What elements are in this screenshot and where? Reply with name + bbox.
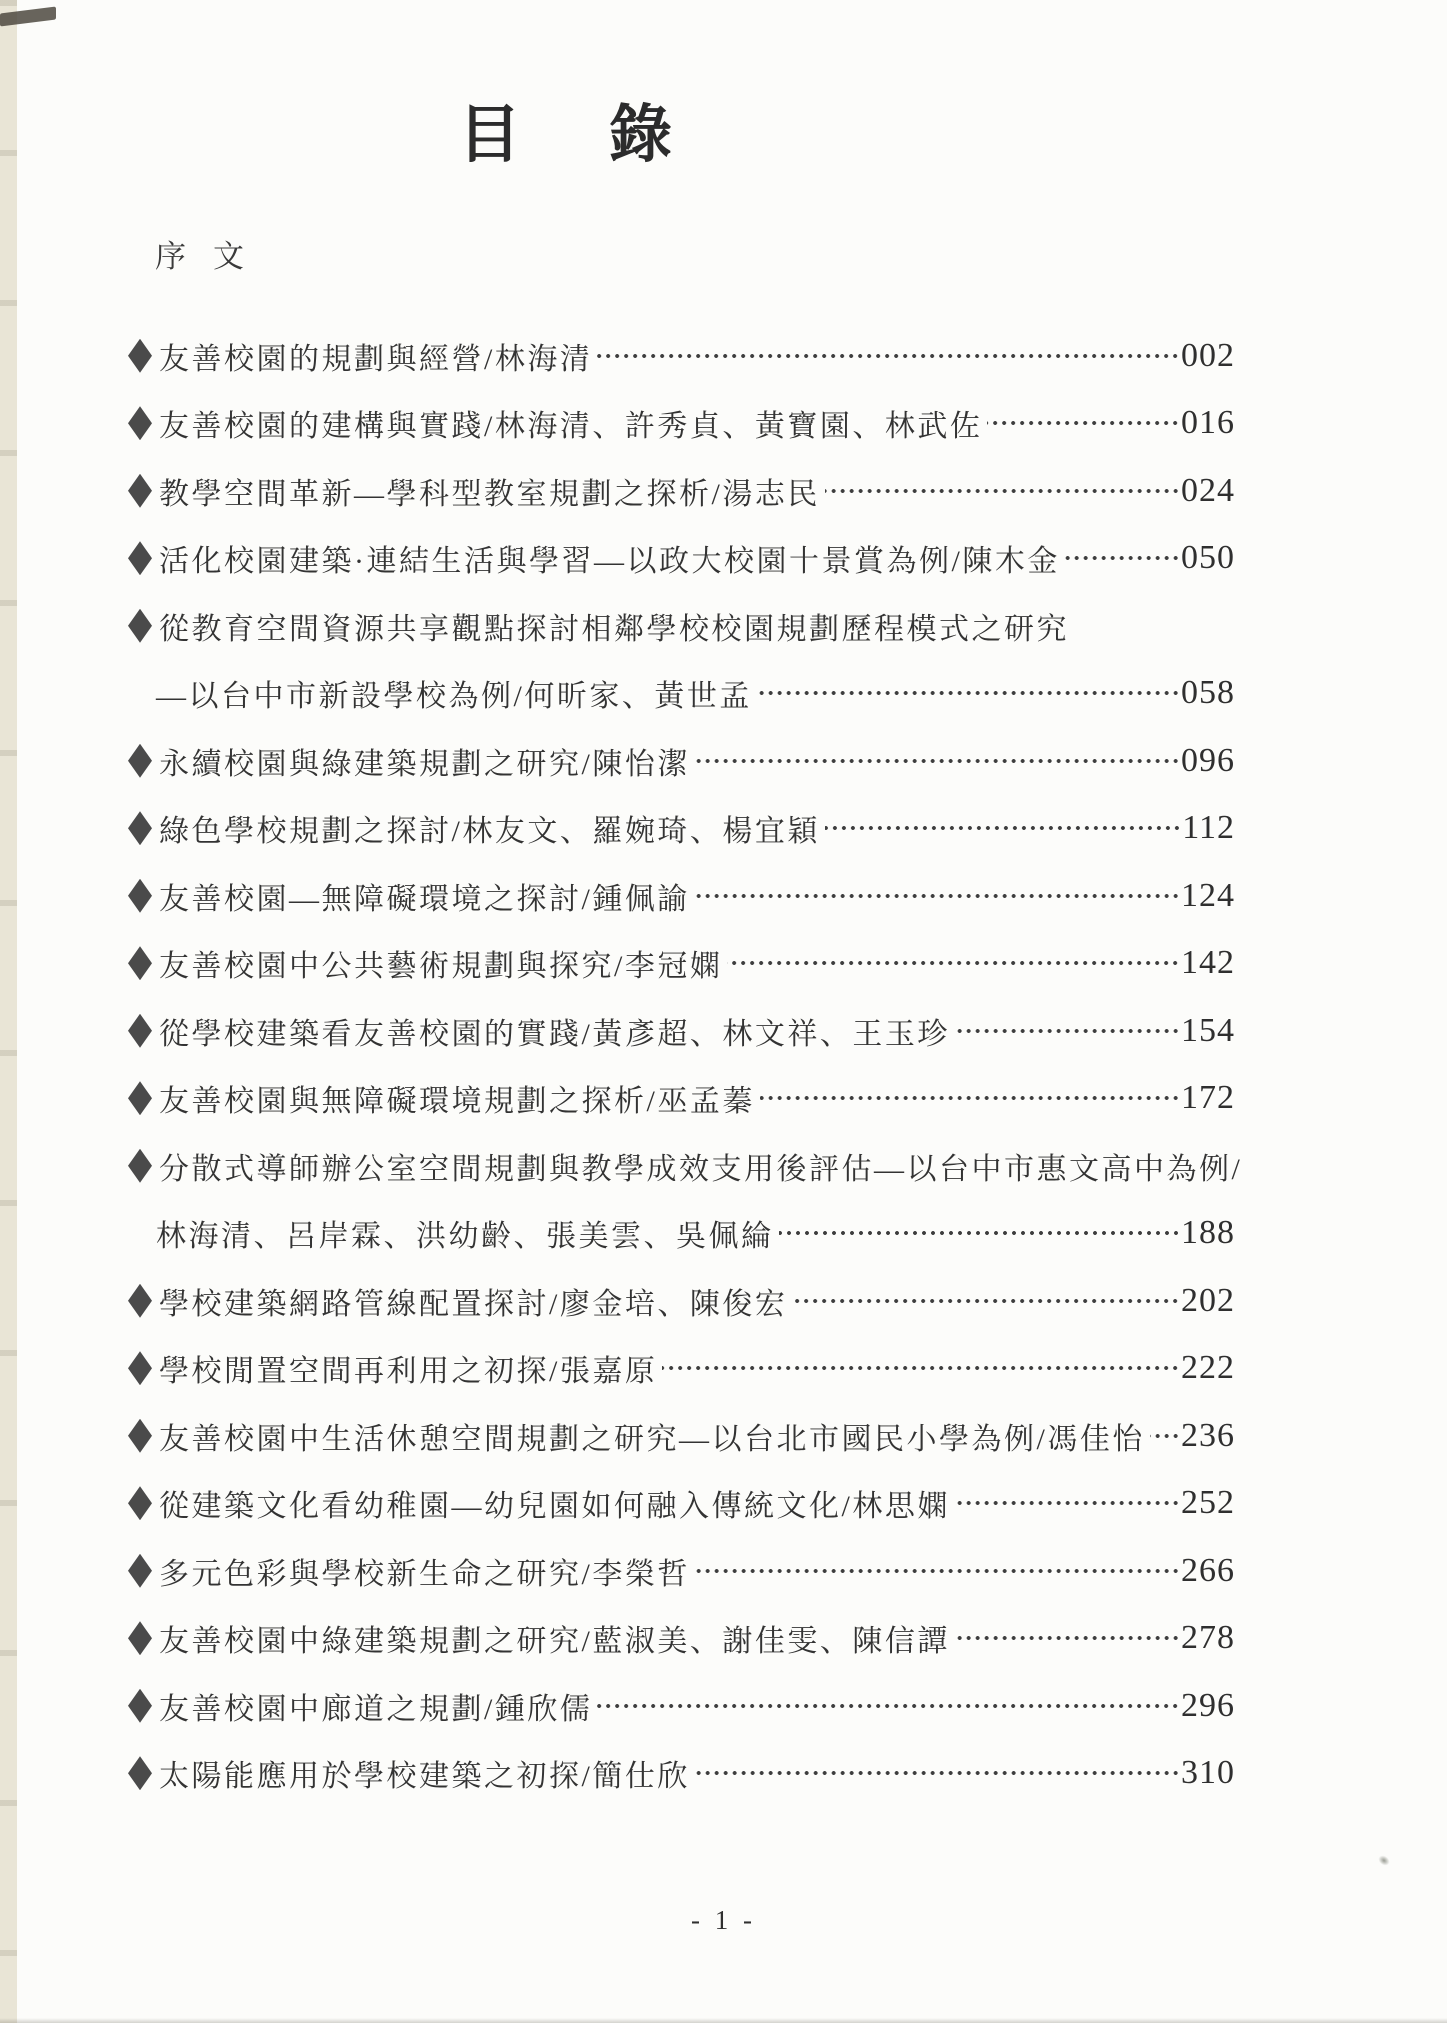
diamond-bullet-icon: [128, 811, 152, 845]
toc-entry-line: 友善校園中綠建築規劃之研究/藍淑美、謝佳雯、陳信譚 278: [128, 1605, 1235, 1673]
entry-title: 學校閒置空間再利用之初探/張嘉原: [159, 1346, 657, 1390]
entry-title: 從建築文化看幼稚園—幼兒園如何融入傳統文化/林思嫻: [159, 1481, 950, 1525]
toc-entry-line: 友善校園中生活休憩空間規劃之研究—以台北市國民小學為例/馮佳怡 236: [128, 1402, 1235, 1470]
entry-title: 從學校建築看友善校園的實踐/黃彥超、林文祥、王玉珍: [159, 1009, 950, 1053]
entry-page-number: 252: [1181, 1484, 1235, 1522]
entry-page-number: 154: [1181, 1012, 1235, 1050]
scan-edge-left: [0, 0, 17, 2023]
diamond-bullet-icon: [128, 744, 152, 778]
diamond-bullet-icon: [128, 1351, 152, 1385]
toc-entry: 友善校園中生活休憩空間規劃之研究—以台北市國民小學為例/馮佳怡 236: [128, 1402, 1235, 1470]
entry-page-number: 296: [1181, 1687, 1235, 1725]
toc-entry-line: 學校閒置空間再利用之初探/張嘉原 222: [128, 1335, 1235, 1403]
toc-entry-line: 友善校園的規劃與經營/林海清 002: [128, 322, 1235, 390]
dot-leader: [1150, 1433, 1180, 1439]
diamond-bullet-icon: [128, 1621, 152, 1655]
diamond-bullet-icon: [128, 1014, 152, 1048]
toc-entry-line: 活化校園建築·連結生活與學習—以政大校園十景賞為例/陳木金 050: [128, 525, 1235, 593]
toc-entry: 太陽能應用於學校建築之初探/簡仕欣 310: [128, 1740, 1235, 1808]
dot-leader: [987, 420, 1180, 426]
dot-leader: [695, 1568, 1180, 1574]
toc-entry: 從教育空間資源共享觀點探討相鄰學校校園規劃歷程模式之研究 —以台中市新設學校為例…: [128, 592, 1235, 727]
dot-leader: [727, 960, 1180, 966]
toc-entry: 綠色學校規劃之探討/林友文、羅婉琦、楊宜穎 112: [128, 795, 1235, 863]
entry-title: 分散式導師辦公室空間規劃與教學成效支用後評估—以台中市惠文高中為例/: [159, 1144, 1242, 1188]
diamond-bullet-icon: [128, 1419, 152, 1453]
entry-page-number: 124: [1181, 877, 1235, 915]
diamond-bullet-icon: [128, 879, 152, 913]
diamond-bullet-icon: [128, 1554, 152, 1588]
toc-entry-line: 太陽能應用於學校建築之初探/簡仕欣 310: [128, 1740, 1235, 1808]
toc-entry-line: 多元色彩與學校新生命之研究/李榮哲 266: [128, 1537, 1235, 1605]
diamond-bullet-icon: [128, 609, 152, 643]
dot-leader: [955, 1028, 1180, 1034]
dot-leader: [695, 893, 1180, 899]
entry-page-number: 202: [1181, 1282, 1235, 1320]
toc-entry: 友善校園與無障礙環境規劃之探析/巫孟蓁 172: [128, 1065, 1235, 1133]
toc-entry: 多元色彩與學校新生命之研究/李榮哲 266: [128, 1537, 1235, 1605]
dot-leader: [779, 1230, 1181, 1236]
dot-leader: [825, 825, 1181, 831]
page-title: 目錄: [0, 0, 1130, 175]
entry-title: 學校建築網路管線配置探討/廖金培、陳俊宏: [159, 1279, 787, 1323]
entry-page-number: 024: [1181, 472, 1235, 510]
diamond-bullet-icon: [128, 541, 152, 575]
entry-title: 綠色學校規劃之探討/林友文、羅婉琦、楊宜穎: [159, 806, 820, 850]
toc-entry-line: 友善校園—無障礙環境之探討/鍾佩諭 124: [128, 862, 1235, 930]
entry-page-number: 142: [1181, 944, 1235, 982]
scan-speck: [1377, 1853, 1392, 1867]
toc-entry-line: 分散式導師辦公室空間規劃與教學成效支用後評估—以台中市惠文高中為例/: [128, 1132, 1235, 1200]
toc-entry-line: 從建築文化看幼稚園—幼兒園如何融入傳統文化/林思嫻 252: [128, 1470, 1235, 1538]
entry-page-number: 112: [1182, 809, 1235, 847]
entry-page-number: 096: [1181, 742, 1235, 780]
toc-entry-line: 從學校建築看友善校園的實踐/黃彥超、林文祥、王玉珍 154: [128, 997, 1235, 1065]
toc-entry: 友善校園—無障礙環境之探討/鍾佩諭 124: [128, 862, 1235, 930]
entry-page-number: 016: [1181, 404, 1235, 442]
entry-page-number: 222: [1181, 1349, 1235, 1387]
entry-title: 永續校園與綠建築規劃之研究/陳怡潔: [159, 739, 690, 783]
entry-title: 友善校園中綠建築規劃之研究/藍淑美、謝佳雯、陳信譚: [159, 1616, 950, 1660]
toc-entry-line-continued: 林海清、呂岸霖、洪幼齡、張美雲、吳佩綸 188: [128, 1200, 1235, 1268]
toc-entry: 從學校建築看友善校園的實踐/黃彥超、林文祥、王玉珍 154: [128, 997, 1235, 1065]
dot-leader: [1065, 555, 1180, 561]
entry-page-number: 058: [1181, 674, 1235, 712]
entry-title: 教學空間革新—學科型教室規劃之探析/湯志民: [159, 469, 820, 513]
toc-entry: 友善校園中廊道之規劃/鍾欣儒 296: [128, 1672, 1235, 1740]
dot-leader: [695, 1770, 1180, 1776]
dot-leader: [825, 488, 1180, 494]
toc-entry: 教學空間革新—學科型教室規劃之探析/湯志民 024: [128, 457, 1235, 525]
scan-edge-bottom: [0, 2018, 1447, 2023]
dot-leader: [597, 353, 1180, 359]
entry-page-number: 236: [1181, 1417, 1235, 1455]
entry-page-number: 266: [1181, 1552, 1235, 1590]
toc-entry-line: 學校建築網路管線配置探討/廖金培、陳俊宏 202: [128, 1267, 1235, 1335]
toc-entry: 學校建築網路管線配置探討/廖金培、陳俊宏 202: [128, 1267, 1235, 1335]
diamond-bullet-icon: [128, 1756, 152, 1790]
toc-entry-line: 友善校園與無障礙環境規劃之探析/巫孟蓁 172: [128, 1065, 1235, 1133]
page-number-footer: - 1 -: [0, 1905, 1447, 1936]
entry-page-number: 188: [1181, 1214, 1235, 1252]
entry-title: 友善校園中公共藝術規劃與探究/李冠嫻: [159, 941, 722, 985]
toc-entry: 學校閒置空間再利用之初探/張嘉原 222: [128, 1335, 1235, 1403]
entry-title: 友善校園的建構與實踐/林海清、許秀貞、黃寶園、林武佐: [159, 401, 982, 445]
entry-title-continued: 林海清、呂岸霖、洪幼齡、張美雲、吳佩綸: [156, 1211, 774, 1255]
entry-title: 友善校園—無障礙環境之探討/鍾佩諭: [159, 874, 690, 918]
entry-title: 友善校園的規劃與經營/林海清: [159, 334, 592, 378]
diamond-bullet-icon: [128, 339, 152, 373]
toc-page: 目錄 序文 友善校園的規劃與經營/林海清 002 友善校園的建構與實踐/林海清、…: [0, 0, 1447, 2023]
dot-leader: [955, 1635, 1180, 1641]
entry-title: 活化校園建築·連結生活與學習—以政大校園十景賞為例/陳木金: [159, 536, 1060, 580]
diamond-bullet-icon: [128, 1081, 152, 1115]
diamond-bullet-icon: [128, 1486, 152, 1520]
preface-heading: 序文: [155, 231, 1447, 276]
diamond-bullet-icon: [128, 1284, 152, 1318]
diamond-bullet-icon: [128, 474, 152, 508]
toc-entry-line: 綠色學校規劃之探討/林友文、羅婉琦、楊宜穎 112: [128, 795, 1235, 863]
entry-title: 友善校園與無障礙環境規劃之探析/巫孟蓁: [159, 1076, 755, 1120]
entry-title: 多元色彩與學校新生命之研究/李榮哲: [159, 1549, 690, 1593]
toc-entry: 友善校園的規劃與經營/林海清 002: [128, 322, 1235, 390]
entry-page-number: 050: [1181, 539, 1235, 577]
entry-page-number: 278: [1181, 1619, 1235, 1657]
dot-leader: [597, 1703, 1180, 1709]
toc-entry: 友善校園中綠建築規劃之研究/藍淑美、謝佳雯、陳信譚 278: [128, 1605, 1235, 1673]
dot-leader: [955, 1500, 1180, 1506]
dot-leader: [662, 1365, 1180, 1371]
entry-page-number: 172: [1181, 1079, 1235, 1117]
toc-entries: 友善校園的規劃與經營/林海清 002 友善校園的建構與實踐/林海清、許秀貞、黃寶…: [128, 322, 1235, 1807]
entry-title: 從教育空間資源共享觀點探討相鄰學校校園規劃歷程模式之研究: [159, 604, 1069, 648]
toc-entry: 友善校園的建構與實踐/林海清、許秀貞、黃寶園、林武佐 016: [128, 390, 1235, 458]
diamond-bullet-icon: [128, 946, 152, 980]
toc-entry-line: 從教育空間資源共享觀點探討相鄰學校校園規劃歷程模式之研究: [128, 592, 1235, 660]
entry-page-number: 310: [1181, 1754, 1235, 1792]
toc-entry: 分散式導師辦公室空間規劃與教學成效支用後評估—以台中市惠文高中為例/ 林海清、呂…: [128, 1132, 1235, 1267]
dot-leader: [757, 690, 1180, 696]
toc-entry-line: 友善校園中公共藝術規劃與探究/李冠嫻 142: [128, 930, 1235, 998]
toc-entry: 活化校園建築·連結生活與學習—以政大校園十景賞為例/陳木金 050: [128, 525, 1235, 593]
entry-title: 友善校園中生活休憩空間規劃之研究—以台北市國民小學為例/馮佳怡: [159, 1414, 1145, 1458]
toc-entry-line: 友善校園的建構與實踐/林海清、許秀貞、黃寶園、林武佐 016: [128, 390, 1235, 458]
diamond-bullet-icon: [128, 406, 152, 440]
toc-entry: 從建築文化看幼稚園—幼兒園如何融入傳統文化/林思嫻 252: [128, 1470, 1235, 1538]
entry-title: 太陽能應用於學校建築之初探/簡仕欣: [159, 1751, 690, 1795]
dot-leader: [760, 1095, 1180, 1101]
entry-title: 友善校園中廊道之規劃/鍾欣儒: [159, 1684, 592, 1728]
diamond-bullet-icon: [128, 1689, 152, 1723]
toc-entry: 友善校園中公共藝術規劃與探究/李冠嫻 142: [128, 930, 1235, 998]
toc-entry-line: 教學空間革新—學科型教室規劃之探析/湯志民 024: [128, 457, 1235, 525]
entry-title-continued: —以台中市新設學校為例/何昕家、黃世孟: [156, 671, 752, 715]
diamond-bullet-icon: [128, 1149, 152, 1183]
dot-leader: [695, 758, 1180, 764]
dot-leader: [792, 1298, 1180, 1304]
entry-page-number: 002: [1181, 337, 1235, 375]
toc-entry-line: 永續校園與綠建築規劃之研究/陳怡潔 096: [128, 727, 1235, 795]
toc-entry-line: 友善校園中廊道之規劃/鍾欣儒 296: [128, 1672, 1235, 1740]
toc-entry-line-continued: —以台中市新設學校為例/何昕家、黃世孟 058: [128, 660, 1235, 728]
toc-entry: 永續校園與綠建築規劃之研究/陳怡潔 096: [128, 727, 1235, 795]
